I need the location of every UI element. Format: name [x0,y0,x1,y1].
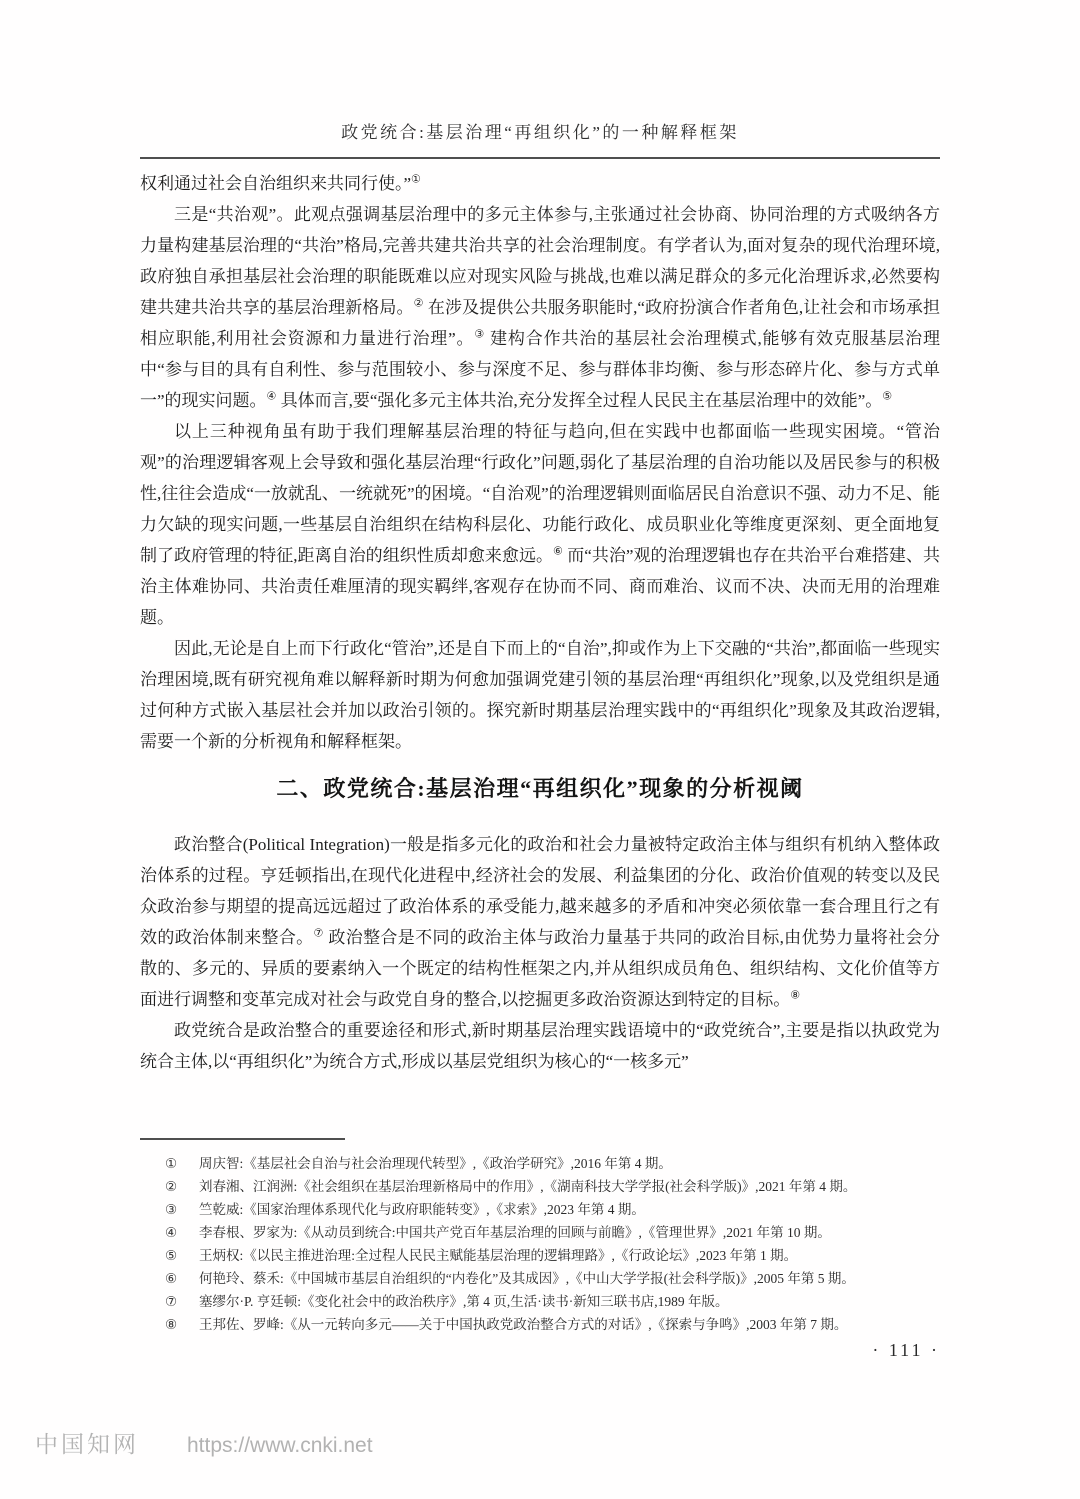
footnote-text: 刘春湘、江润洲:《社会组织在基层治理新格局中的作用》,《湖南科技大学学报(社会科… [199,1175,940,1198]
body-paragraph: 因此,无论是自上而下行政化“管治”,还是自下而上的“自治”,抑或作为上下交融的“… [140,633,940,757]
footnote-item: ④ 李春根、罗家为:《从动员到统合:中国共产党百年基层治理的回顾与前瞻》,《管理… [140,1221,940,1244]
cnki-watermark: 中国知网 https://www.cnki.net [35,1426,373,1459]
footnote-separator [140,1138,345,1140]
body-paragraph: 政治整合(Political Integration)一般是指多元化的政治和社会… [140,829,940,1015]
footnote-marker: ② [165,1175,187,1198]
body-paragraph: 三是“共治观”。此观点强调基层治理中的多元主体参与,主张通过社会协商、协同治理的… [140,199,940,416]
footnote-marker: ⑦ [165,1290,187,1313]
footnote-text: 周庆智:《基层社会自治与社会治理现代转型》,《政治学研究》,2016 年第 4 … [199,1152,940,1175]
footnote-text: 李春根、罗家为:《从动员到统合:中国共产党百年基层治理的回顾与前瞻》,《管理世界… [199,1221,940,1244]
cnki-logo-text: 中国知网 [35,1426,139,1459]
document-page: 政党统合:基层治理“再组织化”的一种解释框架 权利通过社会自治组织来共同行使。”… [0,0,1080,1499]
footnote-item: ② 刘春湘、江润洲:《社会组织在基层治理新格局中的作用》,《湖南科技大学学报(社… [140,1175,940,1198]
body-paragraph: 权利通过社会自治组织来共同行使。”① [140,168,940,199]
footnote-item: ⑤ 王炳权:《以民主推进治理:全过程人民民主赋能基层治理的逻辑理路》,《行政论坛… [140,1244,940,1267]
page-number: · 111 · [140,1340,940,1361]
footnote-item: ① 周庆智:《基层社会自治与社会治理现代转型》,《政治学研究》,2016 年第 … [140,1152,940,1175]
footnote-marker: ④ [165,1221,187,1244]
footnote-text: 王邦佐、罗峰:《从一元转向多元——关于中国执政党政治整合方式的对话》,《探索与争… [199,1313,940,1336]
footnote-marker: ⑤ [165,1244,187,1267]
footnote-text: 竺乾威:《国家治理体系现代化与政府职能转变》,《求索》,2023 年第 4 期。 [199,1198,940,1221]
footnote-item: ③ 竺乾威:《国家治理体系现代化与政府职能转变》,《求索》,2023 年第 4 … [140,1198,940,1221]
section-heading: 二、政党统合:基层治理“再组织化”现象的分析视阈 [140,774,940,804]
footnote-text: 王炳权:《以民主推进治理:全过程人民民主赋能基层治理的逻辑理路》,《行政论坛》,… [199,1244,940,1267]
footnote-marker: ① [165,1152,187,1175]
footnote-marker: ⑧ [165,1313,187,1336]
cnki-url: https://www.cnki.net [187,1434,373,1458]
header-rule [140,157,940,159]
body-paragraph: 以上三种视角虽有助于我们理解基层治理的特征与趋向,但在实践中也都面临一些现实困境… [140,416,940,633]
footnote-text: 塞缪尔·P. 亨廷顿:《变化社会中的政治秩序》,第 4 页,生活·读书·新知三联… [199,1290,940,1313]
footnote-marker: ⑥ [165,1267,187,1290]
footnote-text: 何艳玲、蔡禾:《中国城市基层自治组织的“内卷化”及其成因》,《中山大学学报(社会… [199,1267,940,1290]
footnote-item: ⑥ 何艳玲、蔡禾:《中国城市基层自治组织的“内卷化”及其成因》,《中山大学学报(… [140,1267,940,1290]
running-title: 政党统合:基层治理“再组织化”的一种解释框架 [140,121,940,145]
footnote-item: ⑦ 塞缪尔·P. 亨廷顿:《变化社会中的政治秩序》,第 4 页,生活·读书·新知… [140,1290,940,1313]
footnote-item: ⑧ 王邦佐、罗峰:《从一元转向多元——关于中国执政党政治整合方式的对话》,《探索… [140,1313,940,1336]
body-paragraph: 政党统合是政治整合的重要途径和形式,新时期基层治理实践语境中的“政党统合”,主要… [140,1015,940,1077]
footnotes-section: ① 周庆智:《基层社会自治与社会治理现代转型》,《政治学研究》,2016 年第 … [140,1138,940,1336]
footnote-marker: ③ [165,1198,187,1221]
text-column: 政党统合:基层治理“再组织化”的一种解释框架 权利通过社会自治组织来共同行使。”… [140,121,940,1077]
